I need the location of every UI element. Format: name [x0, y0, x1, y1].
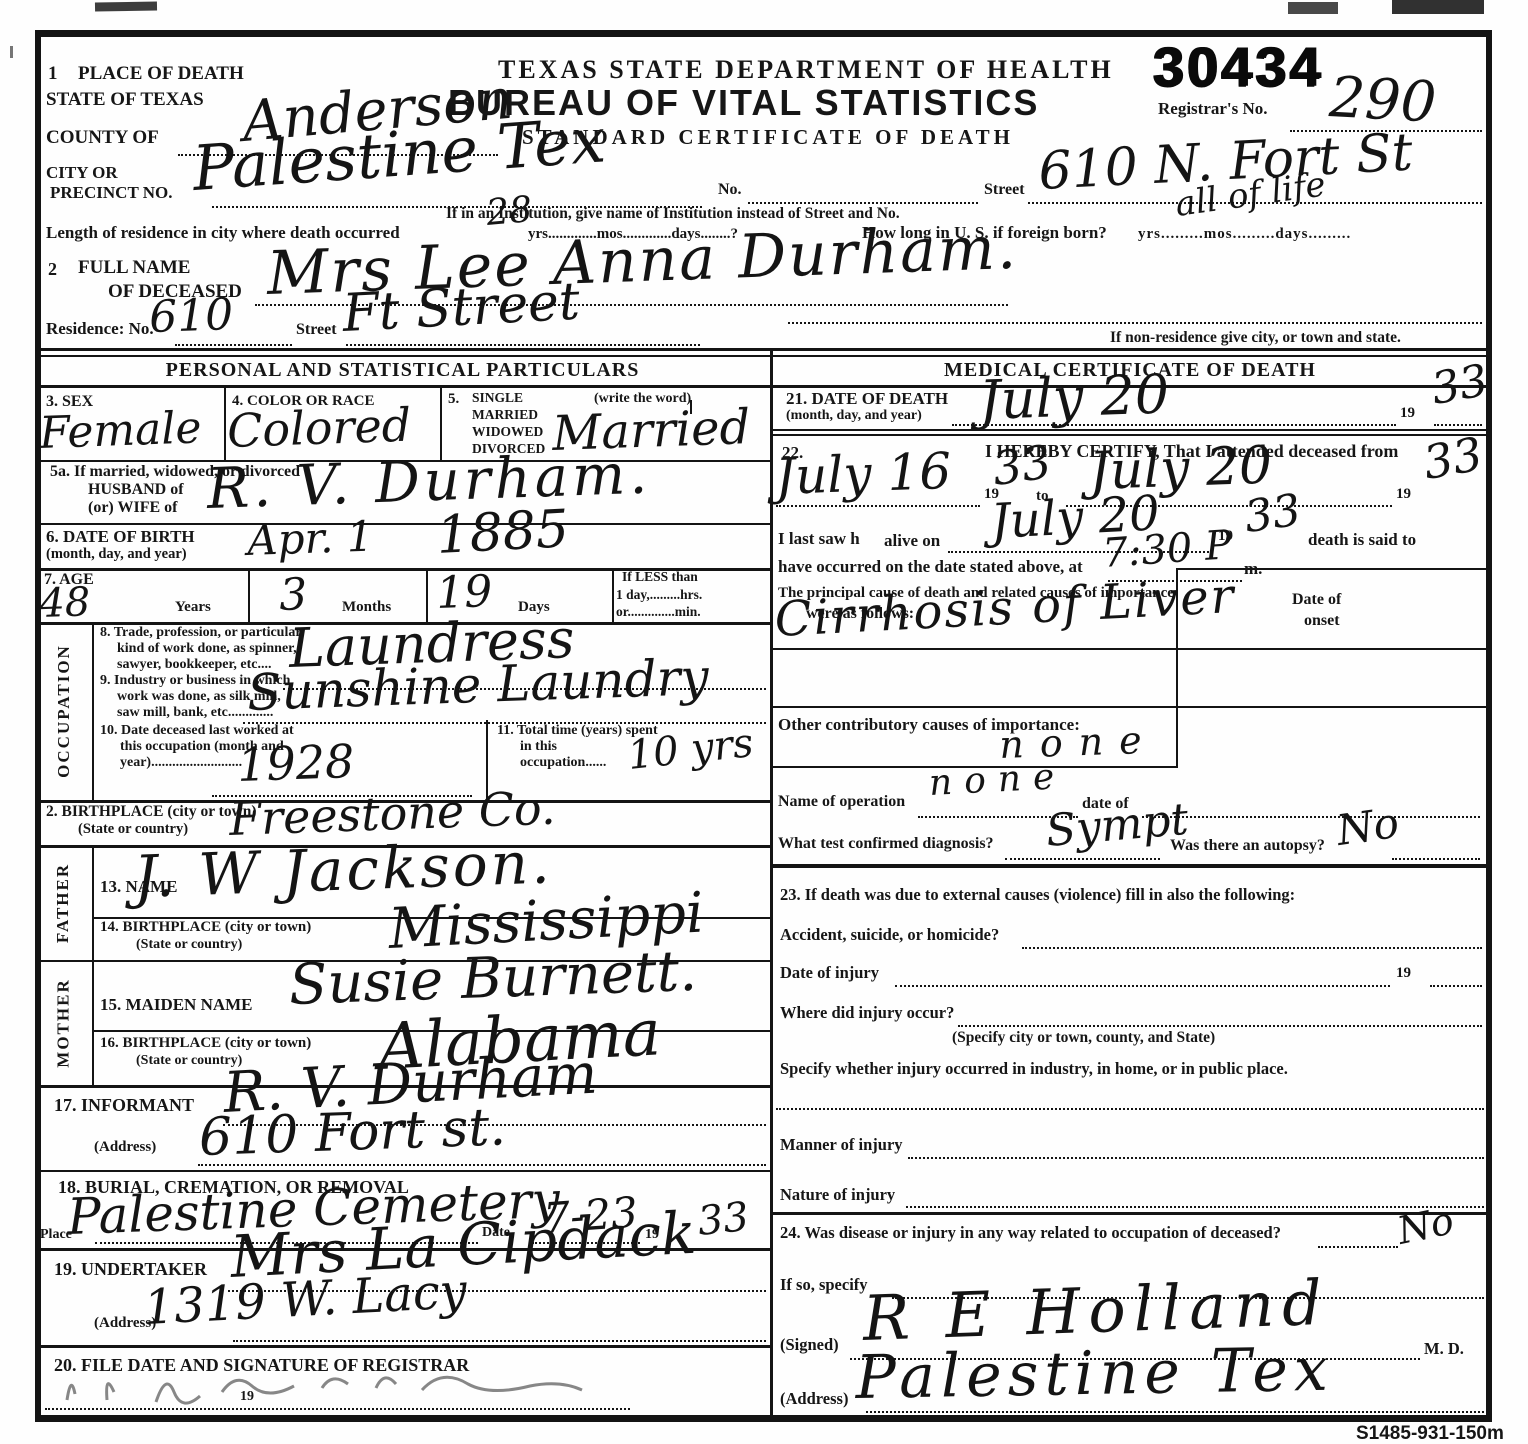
to-year-prefix: 19 — [1396, 487, 1411, 503]
physician-address-value-handwriting: Palestine Tex — [855, 1340, 1334, 1408]
test-confirmed-label: What test confirmed diagnosis? — [778, 836, 994, 853]
mother-side-label: MOTHER — [35, 960, 92, 1085]
dotted-leader — [1005, 858, 1160, 860]
death-said-label: death is said to — [1308, 531, 1416, 549]
if-so-specify-label: If so, specify — [780, 1276, 868, 1293]
name-of-operation-label: Name of operation — [778, 794, 905, 811]
or-wife-of-label: (or) WIFE of — [88, 500, 177, 517]
date-of-onset-label2: onset — [1304, 613, 1340, 630]
form-border-bottom — [35, 1415, 1492, 1422]
cell-divider-line — [224, 388, 226, 460]
time-of-death-value-handwriting: 7:30 P — [1101, 525, 1233, 574]
left-column-title: PERSONAL AND STATISTICAL PARTICULARS — [35, 360, 770, 381]
birthplace-label: 2. BIRTHPLACE (city or town) — [46, 804, 257, 820]
dob-label: 6. DATE OF BIRTH — [46, 528, 195, 546]
cell-divider-line — [92, 622, 94, 800]
injury-year-prefix: 19 — [1396, 966, 1411, 982]
father-birthplace-label: 14. BIRTHPLACE (city or town) — [100, 920, 311, 936]
occupation-side-label: OCCUPATION — [35, 622, 92, 800]
informant-address-value-handwriting: 610 Fort st. — [198, 1101, 506, 1164]
spouse-value-handwriting: R. V. Durham. — [206, 447, 652, 518]
accident-label: Accident, suicide, or homicide? — [780, 926, 999, 943]
operation-value-handwriting: none — [928, 759, 1067, 802]
cell-divider-line — [612, 571, 614, 622]
informant-label: 17. INFORMANT — [54, 1096, 194, 1115]
undertaker-label: 19. UNDERTAKER — [54, 1260, 207, 1279]
no-label: No. — [718, 182, 742, 199]
scan-smudge — [10, 46, 13, 58]
cell-divider-line — [92, 845, 94, 1085]
dotted-leader — [908, 1157, 1484, 1159]
dob-value-handwriting: Apr. 1 — [247, 516, 374, 562]
sex-value-handwriting: Female — [38, 406, 202, 456]
scan-smudge — [1288, 2, 1338, 14]
place-of-death-label: PLACE OF DEATH — [78, 64, 244, 84]
rule-line — [35, 355, 1492, 357]
to-year-value-handwriting: 33 — [1420, 431, 1486, 486]
rule-line — [770, 864, 1487, 868]
dotted-leader — [346, 344, 700, 346]
race-value-handwriting: Colored — [226, 402, 411, 454]
state-of-texas-label: STATE OF TEXAS — [46, 90, 204, 110]
non-residence-note: If non-residence give city, or town and … — [1110, 330, 1401, 346]
manner-of-injury-label: Manner of injury — [780, 1136, 903, 1153]
if-less-than-label3: or..............min. — [616, 605, 701, 619]
dob-sub-label: (month, day, and year) — [46, 547, 187, 562]
q24-value-handwriting: No — [1394, 1201, 1457, 1250]
from-year-value-handwriting: 33 — [990, 438, 1054, 492]
where-injury-hint: (Specify city or town, county, and State… — [952, 1030, 1215, 1046]
dotted-leader — [1318, 1246, 1398, 1248]
industry-value-handwriting: Sunshine Laundry — [246, 652, 709, 718]
birthplace-sub-label: (State or country) — [78, 822, 188, 837]
rule-line — [35, 348, 1492, 351]
residence-label: Residence: No. — [46, 320, 154, 338]
last-saw-label: I last saw h — [778, 530, 860, 548]
informant-address-label: (Address) — [94, 1140, 156, 1156]
dotted-leader — [895, 985, 1390, 987]
mother-birthplace-label: 16. BIRTHPLACE (city or town) — [100, 1036, 311, 1052]
residence-street-value-handwriting: Ft Street — [341, 276, 581, 340]
total-time-value-handwriting: 10 yrs — [626, 723, 755, 776]
street-label: Street — [984, 182, 1025, 199]
rule-line — [35, 385, 1492, 388]
physician-address-label: (Address) — [780, 1390, 848, 1407]
q23-label: 23. If death was due to external causes … — [780, 886, 1295, 903]
attended-from-value-handwriting: July 16 — [774, 446, 952, 502]
age-days-value-handwriting: 19 — [435, 570, 493, 616]
rule-line — [35, 1170, 770, 1172]
county-label: COUNTY OF — [46, 128, 159, 148]
cause-of-death-value-handwriting: Cirrhosis of Liver — [773, 572, 1236, 644]
q11-label-line2: in this — [520, 740, 557, 755]
dotted-leader — [1392, 858, 1480, 860]
occurred-at-label: have occurred on the date stated above, … — [778, 558, 1083, 576]
scan-smudge — [1392, 0, 1484, 14]
last-saw-year-value-handwriting: 33 — [1242, 489, 1304, 540]
dotted-leader — [906, 1206, 1484, 1208]
rule-line — [770, 706, 1487, 708]
dotted-leader — [175, 344, 292, 346]
dotted-leader — [1142, 816, 1480, 818]
dotted-leader — [1434, 424, 1482, 426]
foreign-units-label: yrs.........mos.........days......... — [1138, 227, 1351, 243]
precinct-no-label: PRECINCT NO. — [50, 184, 172, 202]
rule-line — [770, 434, 1487, 436]
father-birthplace-sub-label: (State or country) — [136, 938, 242, 953]
dotted-leader — [788, 322, 1482, 324]
certificate-number-stamp: 30434 — [1152, 34, 1323, 99]
burial-year-value-handwriting: 33 — [696, 1197, 751, 1242]
alive-on-label: alive on — [884, 532, 940, 550]
where-injury-label: Where did injury occur? — [780, 1004, 954, 1021]
rule-line — [770, 648, 1487, 650]
date-of-death-sub-label: (month, day, and year) — [786, 409, 922, 424]
scan-smudge — [95, 1, 157, 11]
death-certificate-page: 1 PLACE OF DEATH STATE OF TEXAS COUNTY O… — [0, 0, 1528, 1444]
marital-option-married: MARRIED — [472, 408, 538, 422]
department-title: TEXAS STATE DEPARTMENT OF HEALTH — [498, 56, 1114, 83]
registrar-no-label: Registrar's No. — [1158, 100, 1268, 118]
dotted-leader — [45, 1408, 630, 1410]
date-of-death-label: 21. DATE OF DEATH — [786, 390, 948, 408]
date-of-injury-label: Date of injury — [780, 964, 879, 981]
marital-option-widowed: WIDOWED — [472, 425, 543, 439]
md-label: M. D. — [1424, 1340, 1464, 1357]
dotted-leader — [1430, 985, 1482, 987]
dotted-leader — [198, 1164, 766, 1166]
dotted-leader — [1022, 947, 1482, 949]
rule-line — [35, 1345, 770, 1348]
if-less-than-label1: If LESS than — [622, 570, 698, 584]
age-years-value-handwriting: 48 — [39, 582, 91, 624]
bureau-title: BUREAU OF VITAL STATISTICS — [448, 84, 1039, 122]
q10-label-line3: year).......................... — [120, 756, 242, 771]
dotted-leader — [748, 202, 978, 204]
rule-line — [770, 429, 1487, 431]
form-code: S1485-931-150m — [1356, 1424, 1504, 1444]
q11-label-line3: occupation...... — [520, 756, 606, 771]
date-of-death-value-handwriting: July 20 — [978, 367, 1170, 428]
column-divider-line — [770, 348, 773, 1422]
dotted-leader — [233, 1340, 766, 1342]
registrar-year-prefix: 19 — [240, 1390, 254, 1405]
registrar-signature-scribble — [55, 1358, 655, 1414]
q24-label: 24. Was disease or injury in any way rel… — [780, 1224, 1281, 1241]
residence-no-value-handwriting: 610 — [148, 293, 233, 340]
dotted-leader — [866, 1411, 1484, 1413]
registrar-no-value-handwriting: 290 — [1328, 70, 1438, 132]
death-year-value-handwriting: 33 — [1428, 359, 1491, 412]
last-worked-value-handwriting: 1928 — [236, 738, 355, 788]
signed-label: (Signed) — [780, 1336, 839, 1353]
date-of-onset-label1: Date of — [1292, 592, 1341, 609]
item-1-number: 1 — [48, 64, 58, 84]
dob-year-handwriting: 1885 — [435, 503, 570, 562]
father-side-label: FATHER — [35, 845, 92, 960]
rule-line — [35, 523, 770, 525]
item-2-number: 2 — [48, 260, 57, 279]
full-name-label: FULL NAME — [78, 258, 190, 278]
q8-label-line1: 8. Trade, profession, or particular — [100, 626, 302, 641]
residence-street-label: Street — [296, 322, 337, 339]
length-residence-value-handwriting: 28 — [485, 192, 534, 232]
standard-certificate-title: STANDARD CERTIFICATE OF DEATH — [522, 126, 1014, 148]
age-months-value-handwriting: 3 — [278, 573, 308, 618]
husband-of-label: HUSBAND of — [88, 482, 184, 499]
rule-line — [770, 1212, 1487, 1215]
burial-place-label: Place — [40, 1228, 72, 1243]
mother-maiden-name-label: 15. MAIDEN NAME — [100, 996, 253, 1014]
autopsy-label: Was there an autopsy? — [1170, 838, 1325, 855]
if-less-than-label2: 1 day,.........hrs. — [616, 588, 702, 602]
marital-number-label: 5. — [448, 392, 459, 408]
q8-label-line2: kind of work done, as spinner, — [117, 642, 297, 657]
injury-specify-label: Specify whether injury occurred in indus… — [780, 1060, 1288, 1077]
cell-divider-line — [248, 571, 250, 622]
dotted-leader — [776, 1108, 1484, 1110]
city-or-label: CITY OR — [46, 164, 118, 182]
dotted-leader — [776, 505, 980, 507]
dotted-leader — [958, 1025, 1482, 1027]
nature-of-injury-label: Nature of injury — [780, 1186, 895, 1203]
undertaker-address-value-handwriting: 1319 W. Lacy — [142, 1267, 467, 1332]
death-year-prefix: 19 — [1400, 406, 1415, 422]
test-value-handwriting: Sympt — [1044, 798, 1190, 854]
years-label: Years — [175, 600, 211, 616]
autopsy-value-handwriting: No — [1334, 802, 1401, 852]
marital-option-single: SINGLE — [472, 391, 523, 405]
